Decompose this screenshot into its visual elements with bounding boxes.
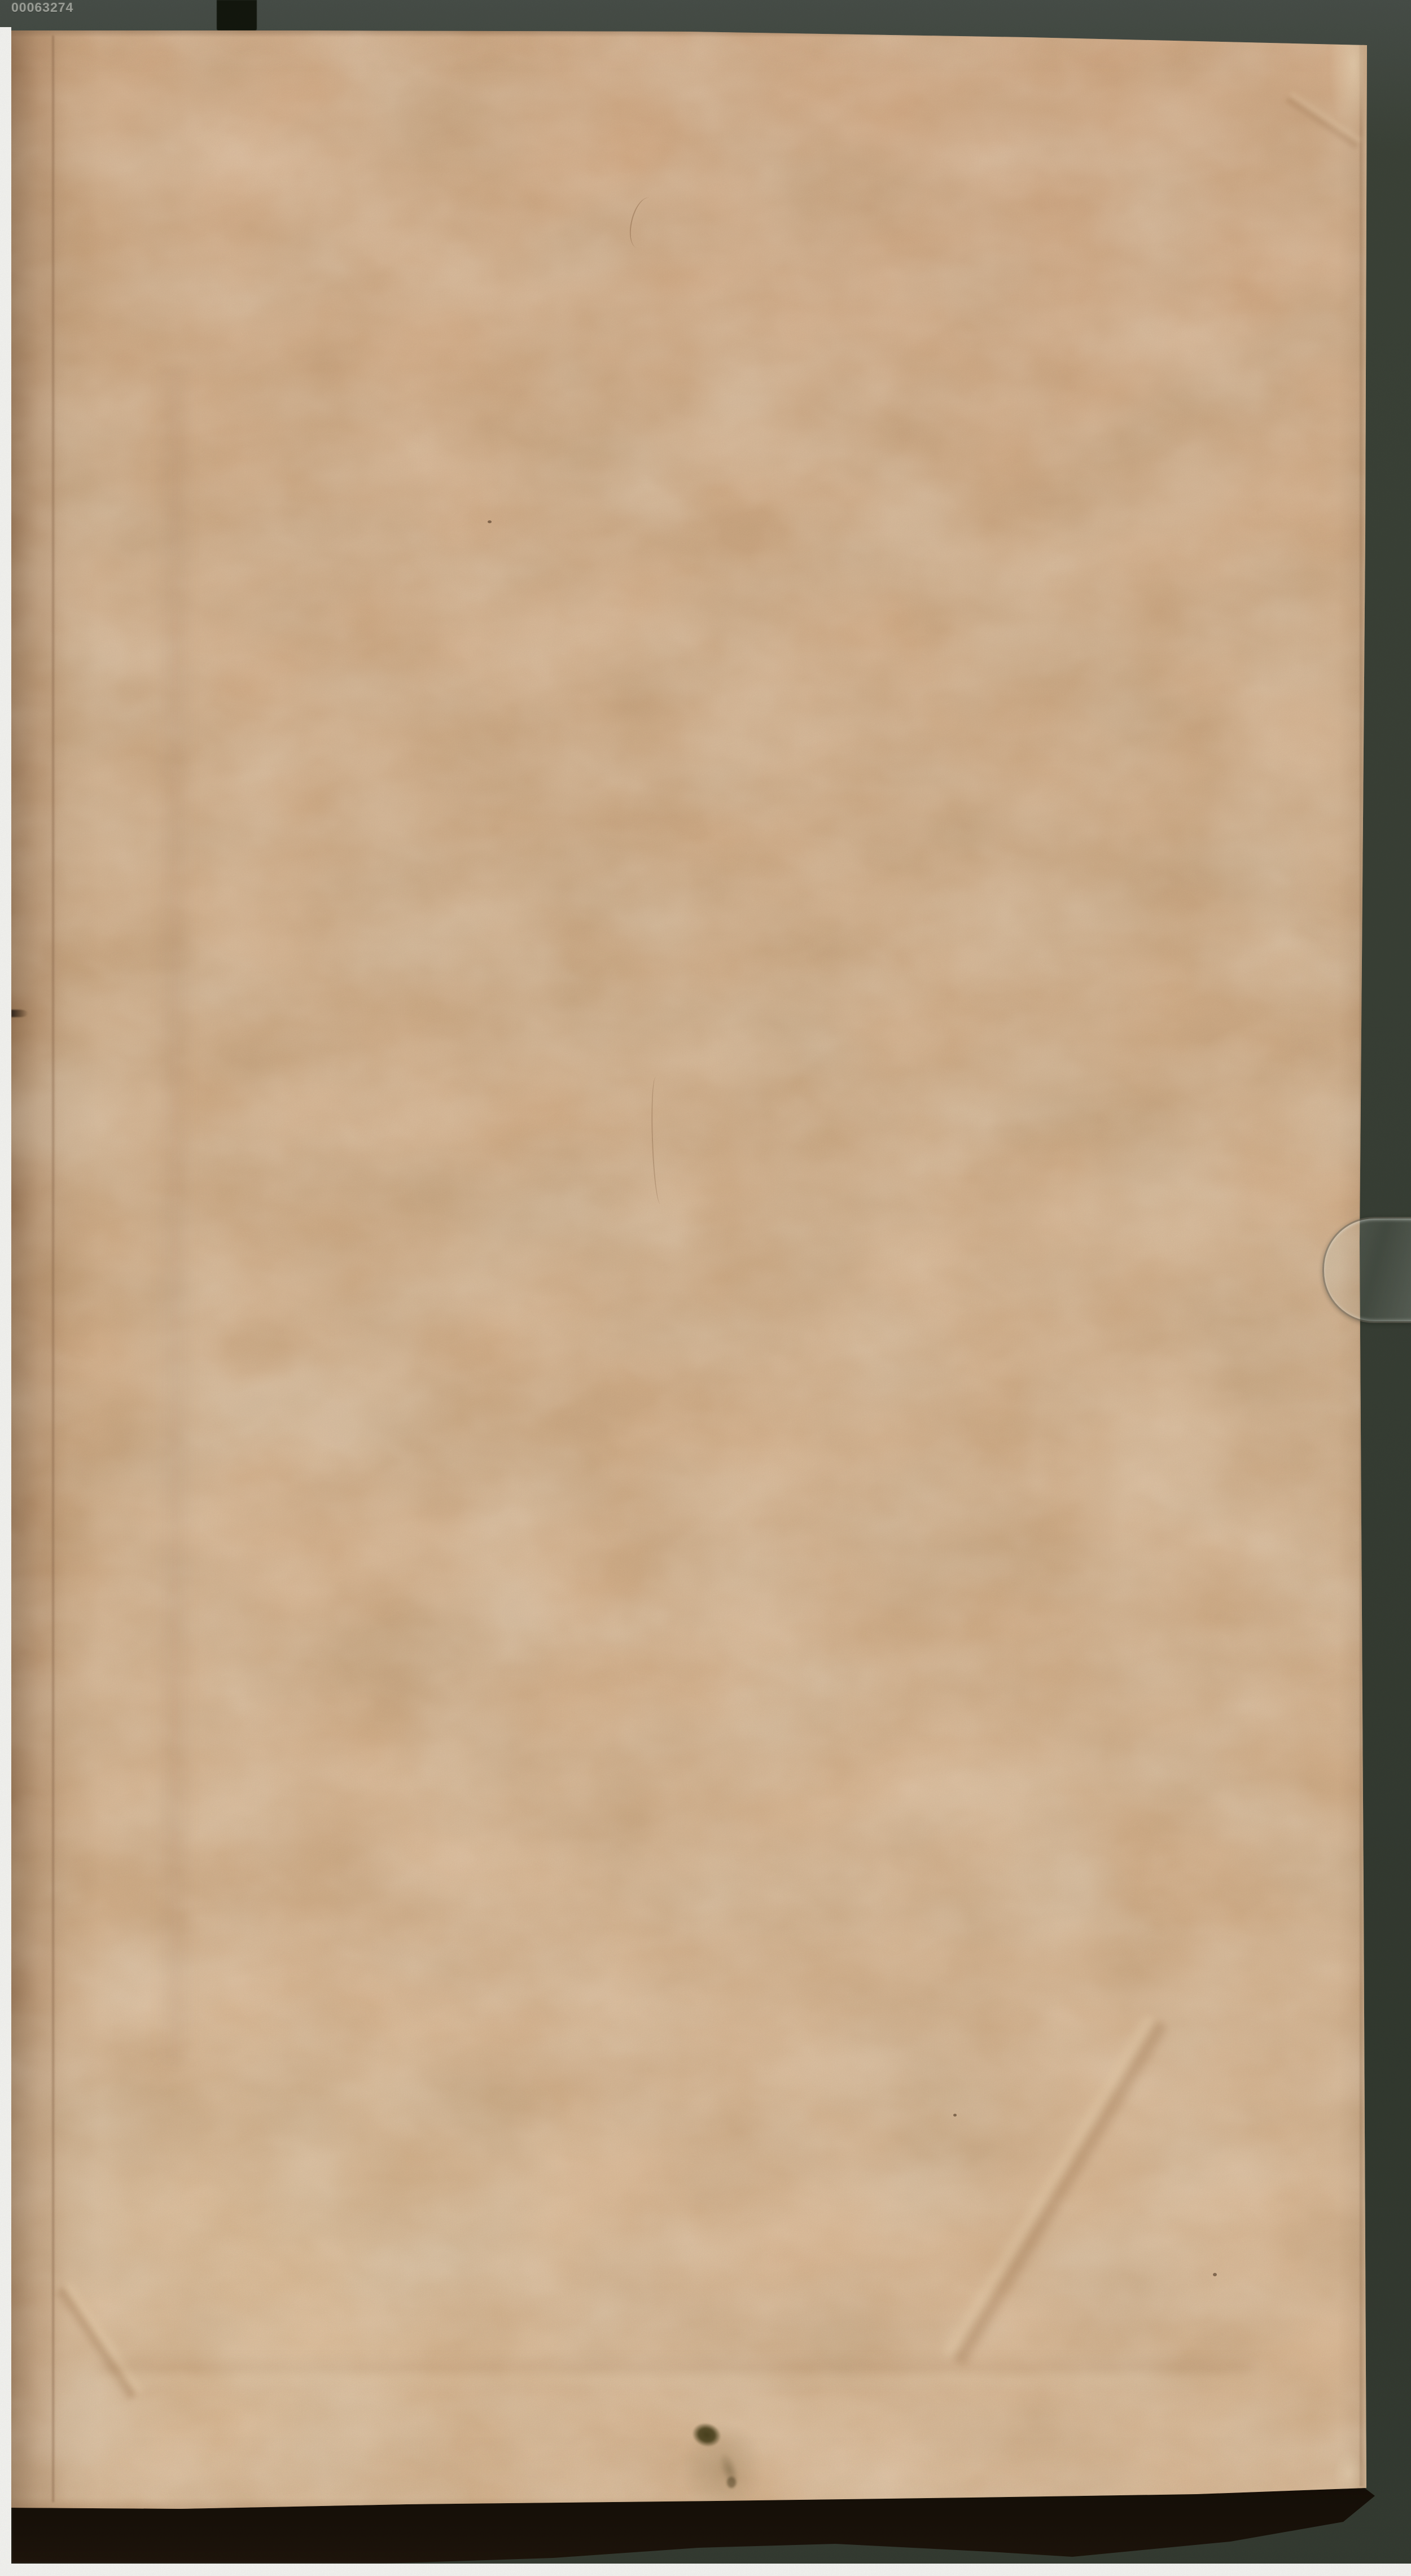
ink-smudge-dot — [727, 2477, 736, 2488]
scanner-bed-left-edge — [0, 27, 11, 2576]
scan-id-stamp: 00063274 — [11, 0, 73, 15]
paper-speck — [1213, 2273, 1217, 2276]
paper-speck — [488, 520, 492, 523]
blank-book-page — [11, 30, 1369, 2509]
background-black-bar — [217, 0, 257, 30]
left-edge-dark-mark — [11, 1010, 28, 1017]
book-scan-canvas: 00063274 — [0, 0, 1411, 2576]
top-right-corner-highlight — [1329, 40, 1364, 136]
paper-mottling-texture — [11, 30, 1369, 2509]
scanner-bed-bottom-edge — [0, 2564, 1411, 2576]
paper-speck — [953, 2114, 957, 2117]
